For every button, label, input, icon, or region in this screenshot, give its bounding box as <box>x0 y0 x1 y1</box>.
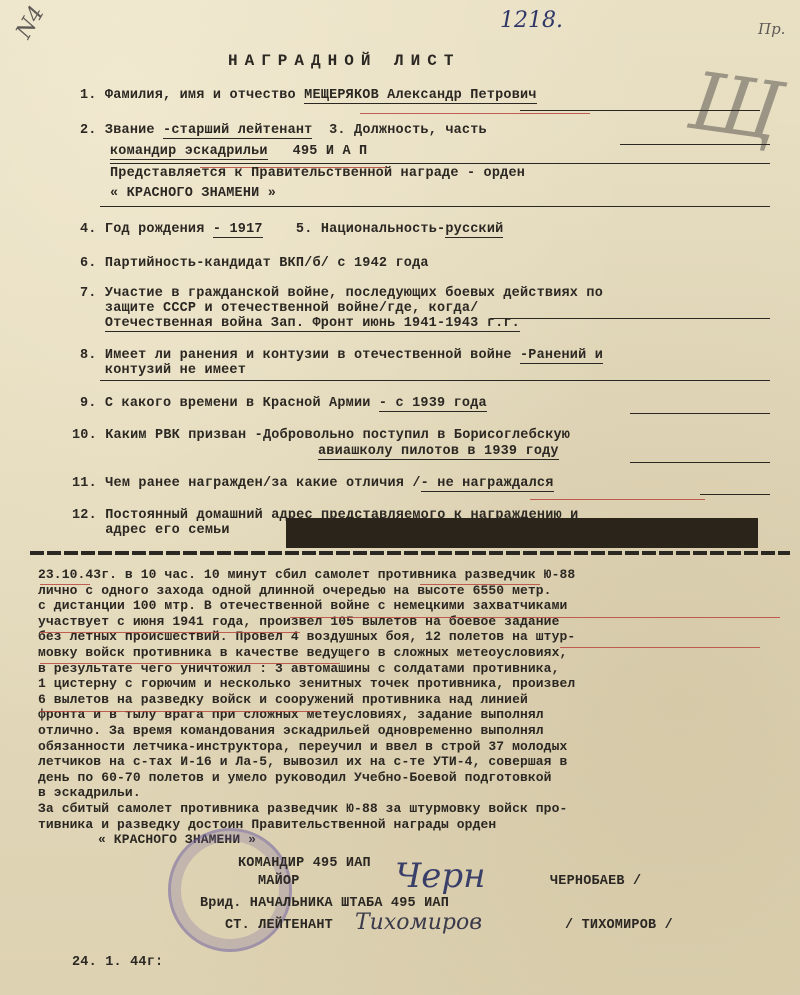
field-11: 11. Чем ранее награжден/за какие отличия… <box>72 476 554 491</box>
page-number-handwritten: 1218. <box>500 8 563 33</box>
war-participation-value: Отечественная война Зап. Фронт июнь 1941… <box>105 316 520 332</box>
wounds-value-2: контузий не имеет <box>105 363 246 378</box>
position-label: Должность, часть <box>354 123 487 138</box>
field-1: 1. Фамилия, имя и отчество МЕЩЕРЯКОВ Але… <box>80 88 537 103</box>
chief-rank: СТ. ЛЕЙТЕНАНТ <box>225 918 333 933</box>
chief-signature: Тихомиров <box>355 910 482 935</box>
birth-year-label: Год рождения <box>105 222 205 237</box>
full-name-value: МЕЩЕРЯКОВ Александр Петрович <box>304 88 536 104</box>
unit-value: 495 И А П <box>293 144 368 159</box>
army-since-label: С какого времени в Красной Армии <box>105 396 371 411</box>
field-9: 9. С какого времени в Красной Армии - с … <box>80 396 487 411</box>
narrative-line: день по 60-70 полетов и умело руководил … <box>38 770 575 786</box>
draft-office-value-2: авиашколу пилотов в 1939 году <box>318 444 559 460</box>
chief-title: Врид. НАЧАЛЬНИКА ШТАБА 495 ИАП <box>200 896 449 911</box>
party-text: Партийность-кандидат ВКП/б/ с 1942 года <box>105 256 429 271</box>
official-stamp <box>168 828 292 952</box>
prior-awards-value: - не награждался <box>421 476 554 492</box>
draft-office-label: Каким РВК призван <box>105 428 246 443</box>
rank-label: Звание <box>105 123 155 138</box>
prior-awards-label: Чем ранее награжден/за какие отличия / <box>105 476 420 491</box>
war-participation-label-2: защите СССР и отечественной войне/где, к… <box>105 301 479 316</box>
chief-name: / ТИХОМИРОВ / <box>565 918 673 933</box>
commander-name: ЧЕРНОБАЕВ / <box>550 874 641 889</box>
field-10: 10. Каким РВК призван -Добровольно посту… <box>72 428 570 444</box>
field-2-3: 2. Звание -старший лейтенант 3. Должност… <box>80 123 487 138</box>
nationality-value: русский <box>445 222 503 238</box>
home-address-label-2: адрес его семьи <box>105 523 230 538</box>
nomination-label: Представляется к Правительственной награ… <box>110 166 525 181</box>
commander-title: КОМАНДИР 495 ИАП <box>238 856 371 871</box>
narrative-line: мовку войск противника в качестве ведуще… <box>38 645 575 661</box>
narrative-line: 23.10.43г. в 10 час. 10 минут сбил самол… <box>38 567 575 583</box>
narrative-line: отлично. За время командования эскадриль… <box>38 723 575 739</box>
draft-office-value-1: -Добровольно поступил в Борисоглебскую <box>255 428 570 443</box>
draft-office-value-2-wrap: авиашколу пилотов в 1939 году <box>318 444 559 459</box>
narrative-line: тивника и разведку достоин Правительстве… <box>38 817 575 833</box>
wounds-label: Имеет ли ранения и контузии в отечествен… <box>105 348 512 363</box>
birth-year-value: - 1917 <box>213 222 263 238</box>
separator-line <box>30 551 790 555</box>
redacted-address <box>286 518 758 548</box>
narrative-line: в эскадрильи. <box>38 785 575 801</box>
field-8: 8. Имеет ли ранения и контузии в отечест… <box>80 348 603 378</box>
field-6: 6. Партийность-кандидат ВКП/б/ с 1942 го… <box>80 256 429 271</box>
nationality-label: Национальность- <box>321 222 446 237</box>
rank-value: -старший лейтенант <box>163 123 312 139</box>
page-title: НАГРАДНОЙ ЛИСТ <box>228 52 460 70</box>
position-value: командир эскадрильи 495 И А П <box>110 144 367 159</box>
narrative-text: 23.10.43г. в 10 час. 10 минут сбил самол… <box>38 567 575 848</box>
narrative-line: « КРАСНОГО ЗНАМЕНИ » <box>38 832 575 848</box>
commander-signature: Черн <box>395 856 486 896</box>
narrative-line: За сбитый самолет противника разведчик Ю… <box>38 801 575 817</box>
field-4-5: 4. Год рождения - 1917 5. Национальность… <box>80 222 503 237</box>
narrative-line: 1 цистерну с горючим и несколько зенитны… <box>38 676 575 692</box>
field-7: 7. Участие в гражданской войне, последую… <box>80 286 603 331</box>
document-date: 24. 1. 44г: <box>72 955 163 970</box>
field-1-label: Фамилия, имя и отчество <box>105 88 296 103</box>
narrative-line: летчиков на с-тах И-16 и Ла-5, вывозил и… <box>38 754 575 770</box>
narrative-line: обязанности летчика-инструктора, переучи… <box>38 739 575 755</box>
war-participation-label-1: Участие в гражданской войне, последующих… <box>105 286 603 301</box>
corner-note-right: Пр. <box>758 20 785 38</box>
narrative-line: с дистанции 100 мтр. В отечественной вой… <box>38 598 575 614</box>
wounds-value-1: -Ранений и <box>520 348 603 364</box>
army-since-value: - с 1939 года <box>379 396 487 412</box>
narrative-line: фронта и в тылу врага при сложных метеус… <box>38 707 575 723</box>
award-value: « КРАСНОГО ЗНАМЕНИ » <box>110 186 276 201</box>
narrative-line: 6 вылетов на разведку войск и сооружений… <box>38 692 575 708</box>
commander-rank: МАЙОР <box>258 874 300 889</box>
